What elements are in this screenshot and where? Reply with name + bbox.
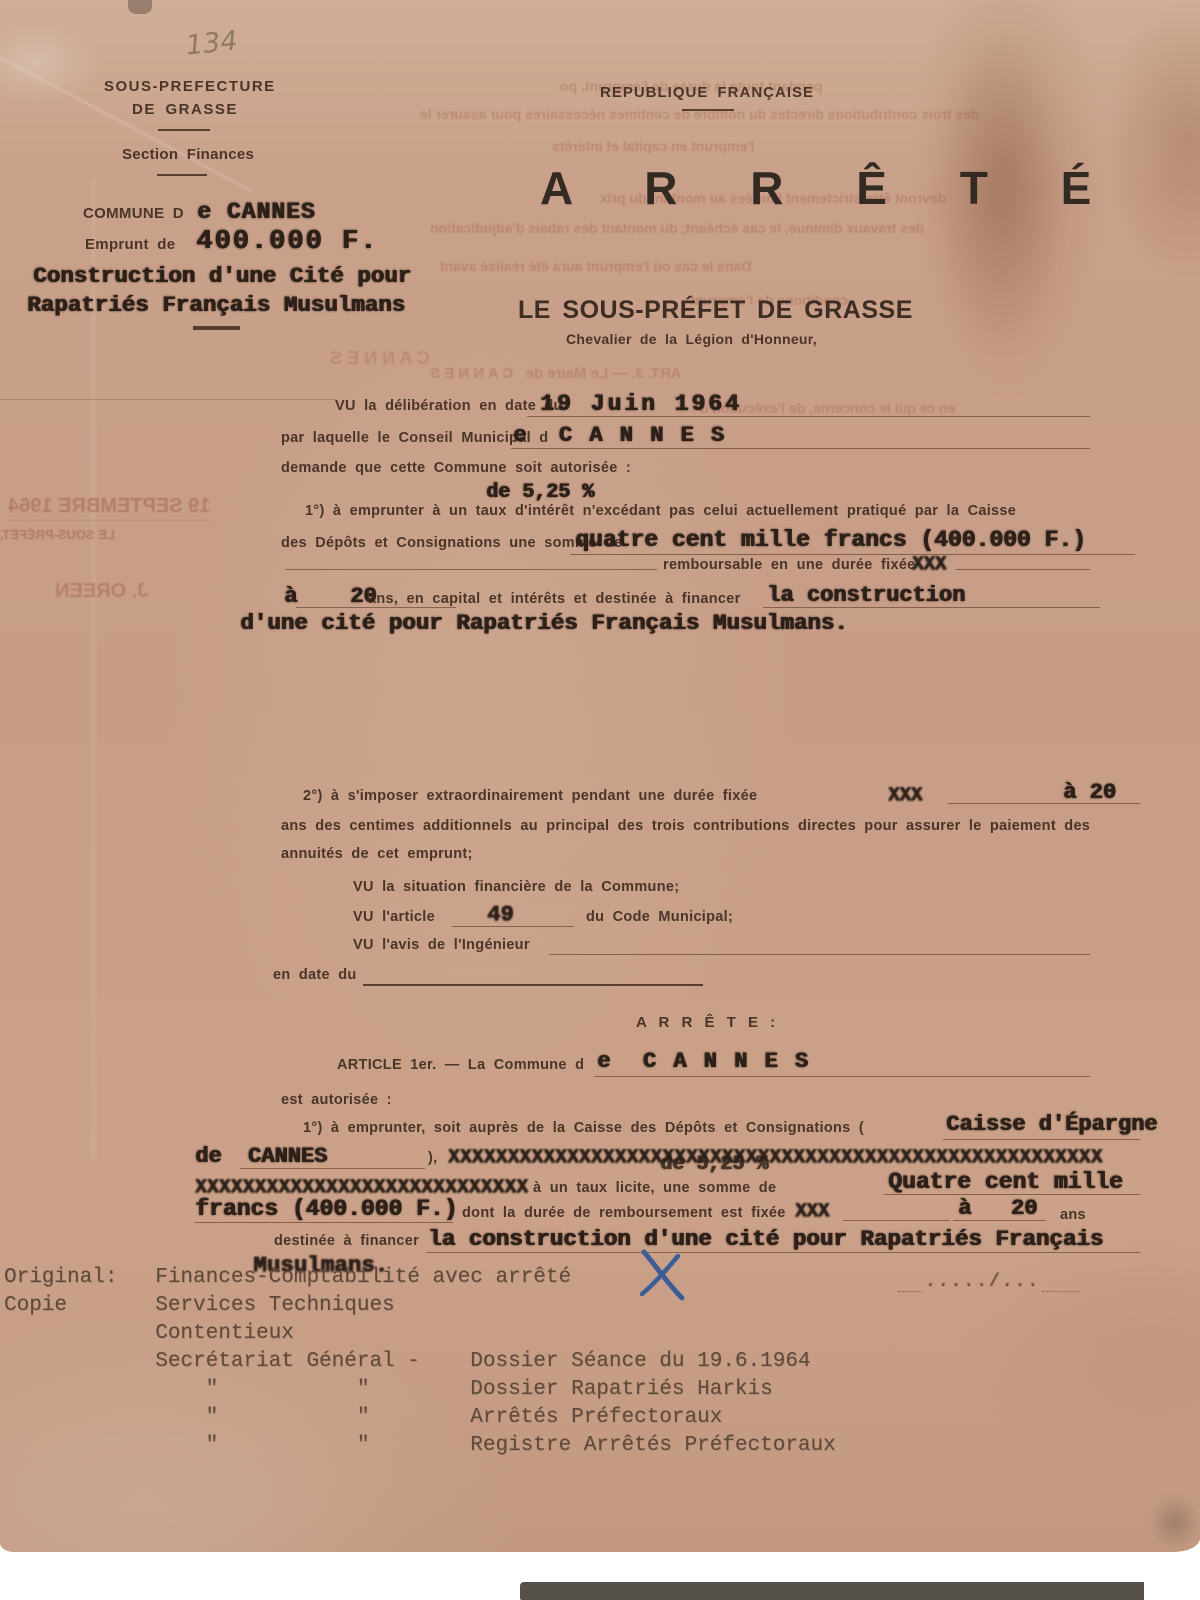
purpose-stamp-part2: d'une cité pour Rapatriés Français Musul… [240,610,848,636]
duration-stamp-3: à 20 [958,1196,1037,1221]
divider [158,129,210,131]
form-line [570,554,1135,555]
subject-stamp-line1: Construction d'une Cité pour [33,263,411,289]
distribution-row: " " Registre Arrêtés Préfectoraux [4,1434,836,1457]
form-line [511,448,1090,449]
document-title: A R R Ê T É [540,161,1121,215]
commune-stamp: e CANNES [197,199,315,225]
form-line [843,1220,950,1221]
strikeout-xxx: XXX [795,1200,829,1222]
strikeout-xxx: XXX [888,784,922,806]
lender-city-stamp: de CANNES [195,1144,327,1169]
demande-line: demande que cette Commune soit autorisée… [281,460,631,476]
commune-name-stamp-2: e C A N N E S [597,1049,810,1074]
paper-sheet: pendant toute la durée de l'emprunt, po … [0,0,1200,1552]
form-line [285,569,657,570]
amount-words-stamp-2b: francs (400.000 F.) [195,1196,457,1222]
scanned-document: pendant toute la durée de l'emprunt, po … [0,0,1200,1600]
lender-stamp: Caisse d'Épargne [946,1112,1157,1137]
commune-label: COMMUNE D [83,205,184,222]
ghost-text: ART. 3. — Le Maire de C A N N E S [430,365,681,382]
loan-amount-stamp: 400.000 F. [196,227,378,257]
distribution-row: " " Dossier Rapatriés Harkis [4,1378,773,1401]
ghost-text: Dans le cas où l'emprunt aura été réalis… [440,258,751,274]
form-line [363,984,703,986]
ghost-text: des travaux diminué, le cas échéant, du … [430,220,924,236]
vu-article-label2: du Code Municipal; [586,909,733,925]
paper-crease [92,180,95,1160]
form-line [943,1139,1140,1140]
issuer-subtitle: Chevalier de la Légion d'Honneur, [566,331,817,347]
en-date-label: en date du [273,967,357,983]
ghost-rule [0,399,335,400]
p1-line3-label: à un taux licite, une somme de [533,1180,776,1196]
strikeout-block-1: XXXXXXXXXXXXXXXXXXXXXXXXXXXXXXXXXXXXXXXX… [448,1146,1103,1168]
item2-line2: ans des centimes additionnels au princip… [281,818,1090,834]
duration-stamp: à 20 [284,584,376,609]
p1-line1-label: 1°) à emprunter, soit auprès de la Caiss… [303,1120,864,1136]
duration-stamp-2: à 20 [1063,780,1116,805]
form-line [594,1076,1090,1077]
paren-close: ), [428,1150,437,1166]
purpose-stamp-part1: la construction [767,583,965,608]
form-line [763,607,1100,608]
deliberation-date-stamp: 19 Juin 1964 [540,391,742,417]
form-line [296,607,456,608]
vu-article-label: VU l'article [353,909,435,925]
item1-line1: 1°) à emprunter à un taux d'intérêt n'ex… [305,503,1016,519]
ink-stain [128,0,152,14]
interest-rate-stamp-2: de 5,25 % [660,1153,768,1176]
p1-line4-label: dont la durée de remboursement est fixée [462,1205,786,1221]
form-line [240,1168,425,1169]
strikeout-xxx: XXX [912,553,946,575]
handwritten-folio-number: 134 [185,25,240,61]
form-line [884,1194,1140,1195]
continuation-mark: ...../... [925,1272,1040,1292]
conseil-municipal-label: par laquelle le Conseil Municipal d [281,430,548,446]
divider [682,109,734,111]
commune-name-stamp: e C A N N E S [513,423,726,448]
office-name-line2: DE GRASSE [132,101,238,118]
subject-stamp-line2: Rapatriés Français Musulmans [27,292,405,318]
loan-label: Emprunt de [85,236,175,253]
edge-shadow [1150,1495,1200,1550]
handwritten-check-x-icon [634,1246,690,1302]
p1-line4-suffix: ans [1060,1207,1086,1223]
distribution-row: Copie Services Techniques [4,1294,395,1317]
remboursable-label: remboursable en une durée fixée [663,557,916,573]
ghost-text: LE SOUS-PRÉFET, [0,527,115,542]
form-line [1042,1291,1080,1292]
distribution-row: " " Arrêtés Préfectoraux [4,1406,722,1429]
item1-line4-label: ans, en capital et intérêts et destinée … [368,591,741,607]
scan-artifact-bar [520,1582,1144,1600]
authorized-line: est autorisée : [281,1092,392,1108]
form-line [549,954,1090,955]
form-line [426,1252,1140,1253]
vu-deliberation-label: VU la délibération en date du [335,398,563,414]
ghost-date-stamp: 19 SEPTEMBRE 1964 [8,495,210,521]
form-line [527,416,1090,417]
strikeout-block-2: XXXXXXXXXXXXXXXXXXXXXXXXXXXX [195,1176,528,1198]
amount-words-stamp-2a: Quatre cent mille [888,1169,1123,1195]
item1-line2-label: des Dépôts et Consignations une somme de [281,535,622,551]
form-line [898,1291,922,1292]
ghost-stamp-text: C A N N E S [330,348,430,369]
vu-avis-label: VU l'avis de l'Ingénieur [353,937,530,953]
subject-underline [193,326,240,330]
item2-line1: 2°) à s'imposer extraordinairement penda… [303,788,757,804]
item2-line3: annuités de cet emprunt; [281,846,473,862]
ghost-text: l'emprunt en capital et intérêts [552,138,755,154]
distribution-row: Original: Finances-Comptabilité avec arr… [4,1266,571,1289]
article-number-stamp: 49 [487,902,513,927]
divider [157,174,207,176]
distribution-row: Contentieux [4,1322,294,1345]
interest-rate-stamp: de 5,25 % [486,481,594,504]
form-line [953,1220,1046,1221]
vu-situation-line: VU la situation financière de la Commune… [353,879,679,895]
article1-label: ARTICLE 1er. — La Commune d [337,1057,584,1073]
loan-amount-words-stamp: quatre cent mille francs (400.000 F.) [575,527,1086,553]
form-line [956,569,1090,570]
ghost-signature: J. OREEN [55,580,148,603]
republic-title: REPUBLIQUE FRANÇAISE [600,84,814,101]
paper-crease [0,50,253,193]
arrete-heading: A R R Ê T E : [636,1014,777,1031]
section-label: Section Finances [122,146,254,163]
p1-line5-label: destinée à financer [274,1233,419,1249]
purpose-stamp-2a: la construction d'une cité pour Rapatrié… [428,1226,1103,1252]
distribution-row: Secrétariat Général - Dossier Séance du … [4,1350,811,1373]
issuer-title: LE SOUS-PRÉFET DE GRASSE [518,296,913,325]
office-name-line1: SOUS-PREFECTURE [104,78,276,95]
form-line [195,1222,453,1223]
